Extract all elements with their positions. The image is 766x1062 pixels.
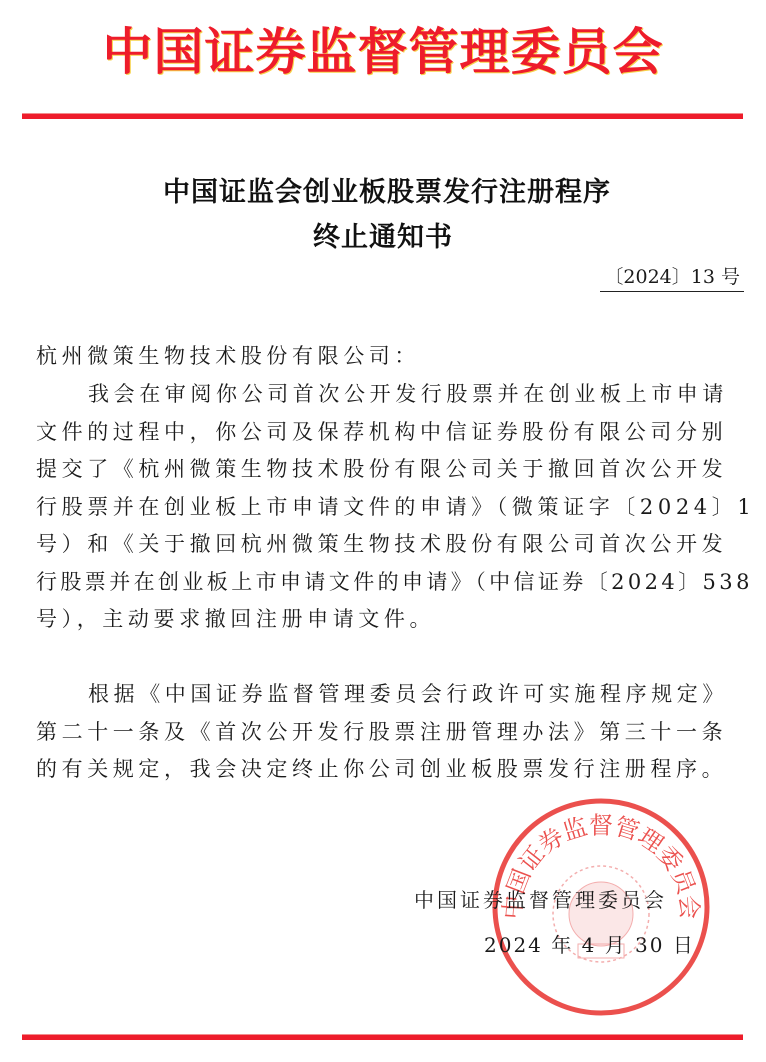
signature-date: 2024 年 4 月 30 日 — [484, 929, 695, 958]
footer-red-rule — [22, 1034, 743, 1040]
header-red-rule — [22, 113, 743, 119]
signature-organization: 中国证券监督管理委员会 — [414, 884, 667, 913]
addressee: 杭州微策生物技术股份有限公司： — [36, 338, 748, 376]
paragraph-line: 的有关规定，我会决定终止你公司创业板股票发行注册程序。 — [36, 751, 748, 789]
addressee-text: 杭州微策生物技术股份有限公司： — [36, 338, 748, 376]
paragraph-2: 根据《中国证券监督管理委员会行政许可实施程序规定》 第二十一条及《首次公开发行股… — [36, 676, 748, 789]
paragraph-line: 文件的过程中，你公司及保荐机构中信证券股份有限公司分别 — [36, 414, 748, 452]
paragraph-line: 根据《中国证券监督管理委员会行政许可实施程序规定》 — [36, 676, 748, 714]
document-title-line-1: 中国证监会创业板股票发行注册程序 — [4, 170, 766, 209]
paragraph-line: 行股票并在创业板上市申请文件的申请》（中信证券〔2024〕538 — [36, 564, 748, 602]
paragraph-line: 号），主动要求撤回注册申请文件。 — [36, 601, 748, 639]
document-title-line-2: 终止通知书 — [0, 215, 766, 254]
masthead-title: 中国证券监督管理委员会 — [0, 22, 766, 82]
paragraph-line: 第二十一条及《首次公开发行股票注册管理办法》第三十一条 — [36, 714, 748, 752]
paragraph-1: 我会在审阅你公司首次公开发行股票并在创业板上市申请 文件的过程中，你公司及保荐机… — [36, 376, 748, 639]
paragraph-line: 提交了《杭州微策生物技术股份有限公司关于撤回首次公开发 — [36, 451, 748, 489]
document-number: 〔2024〕13 号 — [600, 262, 744, 292]
paragraph-line: 号）和《关于撤回杭州微策生物技术股份有限公司首次公开发 — [36, 526, 748, 564]
paragraph-line: 行股票并在创业板上市申请文件的申请》（微策证字〔2024〕1 — [36, 489, 748, 527]
paragraph-line: 我会在审阅你公司首次公开发行股票并在创业板上市申请 — [36, 376, 748, 414]
